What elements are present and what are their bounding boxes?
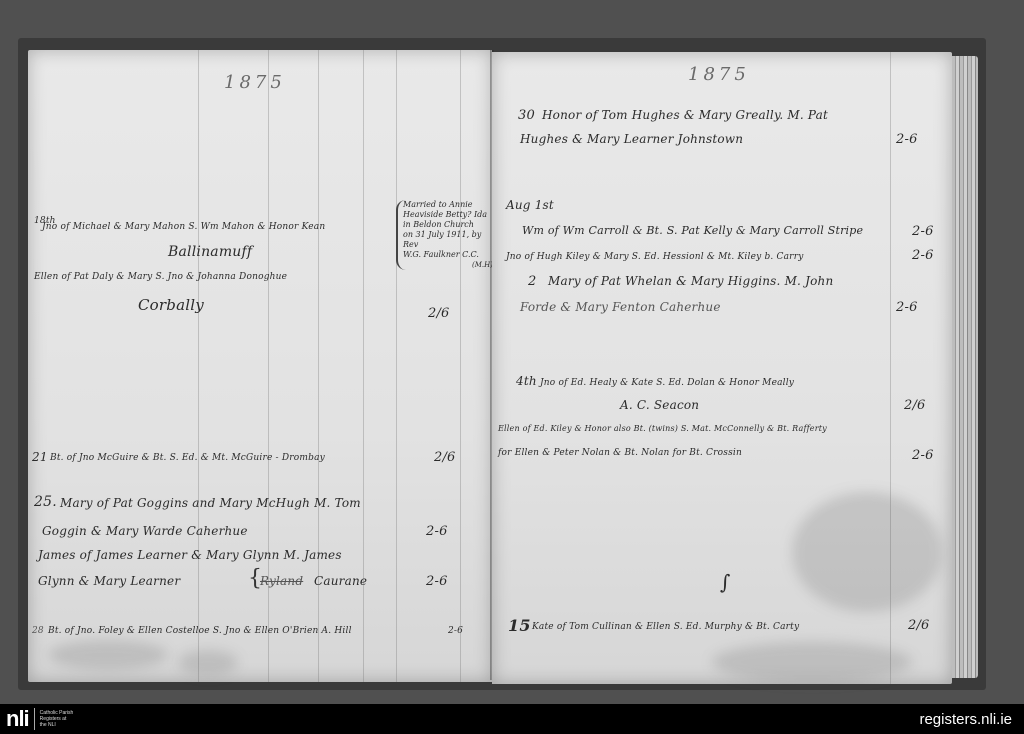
scribble-mark: ∫ [720,570,731,594]
entry-line: Forde & Mary Fenton Caherhue [520,300,721,314]
page-edges [952,56,978,678]
page-year: 1875 [688,64,750,85]
entry-date: 28 [32,626,44,636]
entry-line: Mary of Pat Whelan & Mary Higgins. M. Jo… [548,274,833,288]
entry-fee: 2-6 [912,224,934,239]
entry-date: 4th [516,374,537,388]
entry-date: 2 [528,274,536,289]
column-rule [460,50,461,682]
column-rule [396,50,397,682]
entry-line: Kate of Tom Cullinan & Ellen S. Ed. Murp… [532,622,799,632]
entry-fee: 2-6 [448,626,463,636]
entry-line: Jno of Michael & Mary Mahon S. Wm Mahon … [42,222,325,232]
footer-bar: nli Catholic Parish Registers at the NLI… [0,704,1024,734]
entry-line: Mary of Pat Goggins and Mary McHugh M. T… [60,496,361,510]
register-image-viewer[interactable]: 1875 Married to Annie Heaviside Betty? I… [0,0,1024,704]
entry-fee: 2-6 [426,524,448,539]
marriage-sidenote: Married to Annie Heaviside Betty? Ida in… [396,200,493,270]
sidenote-line: on 31 July 1911, by Rev [403,230,493,250]
struck-word: Ryland [260,574,303,588]
entry-line: Bt. of Jno McGuire & Bt. S. Ed. & Mt. Mc… [50,453,325,463]
entry-line: James of James Learner & Mary Glynn M. J… [38,548,342,562]
entry-date: 25. [34,494,57,510]
entry-place: A. C. Seacon [620,398,699,412]
entry-line: Wm of Wm Carroll & Bt. S. Pat Kelly & Ma… [522,224,863,237]
paper-stain [712,642,912,682]
sidenote-line: Heaviside Betty? Ida [403,210,493,220]
entry-fee: 2/6 [434,450,456,465]
entry-fee: 2/6 [904,398,926,413]
entry-date: 21 [32,450,48,464]
logo-caption-line: the NLI [40,722,74,728]
entry-fee: 2/6 [428,306,450,321]
entry-date: Aug 1st [506,198,554,212]
entry-fee: 2-6 [912,448,934,463]
entry-place: Corbally [138,296,204,314]
entry-line: Ellen of Ed. Kiley & Honor also Bt. (twi… [498,424,827,433]
entry-line: Jno of Hugh Kiley & Mary S. Ed. Hessionl… [506,252,803,262]
right-page: 1875 30 Honor of Tom Hughes & Mary Greal… [492,52,952,684]
nli-logo[interactable]: nli Catholic Parish Registers at the NLI [6,704,73,734]
sidenote-line: in Beldon Church [403,220,493,230]
page-year: 1875 [224,72,286,93]
sidenote-line: W.G. Faulkner C.C. [403,250,493,260]
entry-fee: 2-6 [896,300,918,315]
entry-place: Caurane [314,574,367,588]
entry-line: Honor of Tom Hughes & Mary Greally. M. P… [542,108,828,122]
nli-logo-mark: nli [6,708,29,730]
paper-stain [178,650,238,675]
entry-fee: 2-6 [912,248,934,263]
site-link[interactable]: registers.nli.ie [919,711,1012,728]
entry-line: Goggin & Mary Warde Caherhue [42,524,248,538]
logo-caption: Catholic Parish Registers at the NLI [40,710,74,728]
paper-stain [792,492,942,612]
entry-fee: 2-6 [896,132,918,147]
column-rule [198,50,199,682]
entry-date: 15 [508,616,531,635]
entry-place: Ballinamuff [168,244,252,260]
entry-line: for Ellen & Peter Nolan & Bt. Nolan for … [498,448,742,458]
left-page: 1875 Married to Annie Heaviside Betty? I… [28,50,492,682]
entry-line: Bt. of Jno. Foley & Ellen Costelloe S. J… [48,626,352,636]
sidenote-code: (M.H) [403,260,493,270]
entry-line: Ellen of Pat Daly & Mary S. Jno & Johann… [34,272,287,282]
entry-date: 30 [518,108,535,123]
sidenote-line: Married to Annie [403,200,493,210]
entry-line: Glynn & Mary Learner [38,574,180,588]
entry-line: Hughes & Mary Learner Johnstown [520,132,743,146]
entry-line: Jno of Ed. Healy & Kate S. Ed. Dolan & H… [540,378,794,388]
logo-divider [34,708,35,730]
entry-fee: 2/6 [908,618,930,633]
paper-stain [48,640,168,670]
entry-fee: 2-6 [426,574,448,589]
